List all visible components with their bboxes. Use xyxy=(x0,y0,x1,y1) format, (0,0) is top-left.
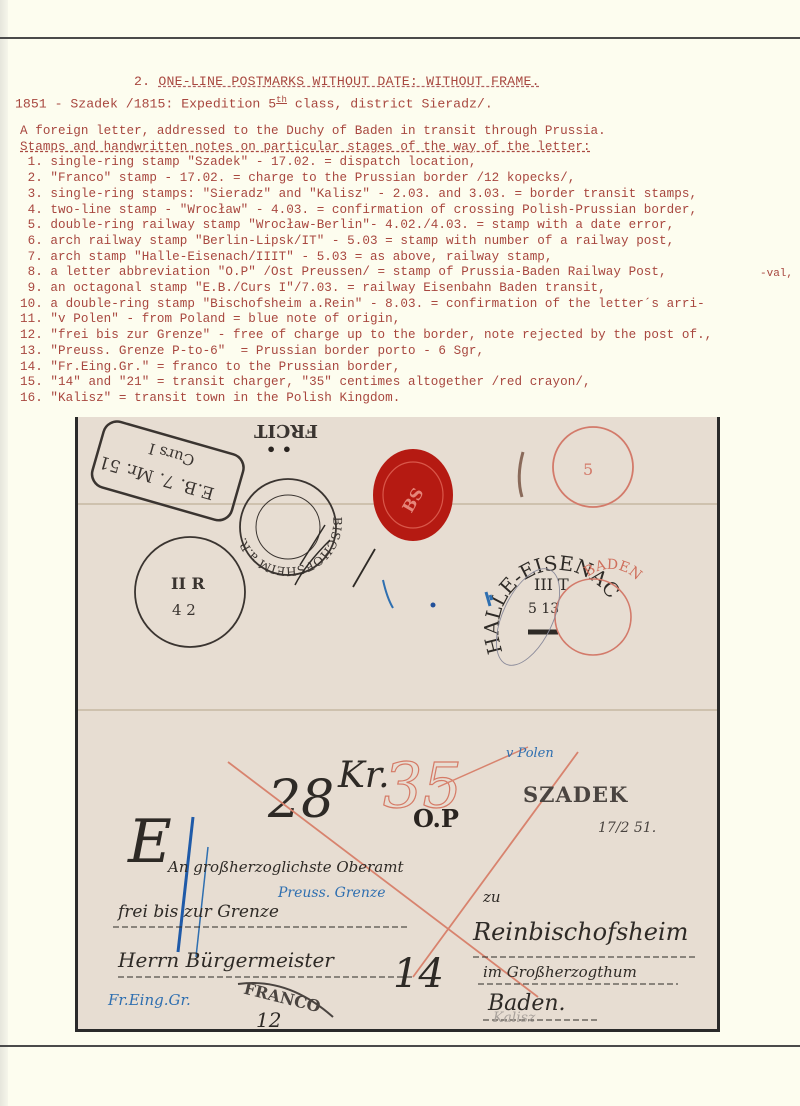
list-item: 2. "Franco" stamp - 17.02. = charge to t… xyxy=(20,171,712,187)
list-item: 6. arch railway stamp "Berlin-Lipsk/IT" … xyxy=(20,234,712,250)
page-subtitle: 1851 - Szadek /1815: Expedition 5th clas… xyxy=(15,95,493,111)
svg-text:II R: II R xyxy=(171,574,206,593)
page-edge xyxy=(0,0,8,1106)
svg-text:5: 5 xyxy=(583,460,593,479)
stamp-berlin-lipsk: FRCIT xyxy=(254,420,318,441)
note-preuss-grenze: Preuss. Grenze xyxy=(277,885,386,901)
note-14: 14 xyxy=(393,951,444,997)
svg-text:BISCHOFSHEIM a.R.: BISCHOFSHEIM a.R. xyxy=(235,517,344,579)
svg-text:• •: • • xyxy=(266,440,292,459)
list-item: 1. single-ring stamp "Szadek" - 17.02. =… xyxy=(20,155,712,171)
address-line: An großherzoglichste Oberamt xyxy=(166,858,404,876)
stamp-szadek: SZADEK xyxy=(523,782,628,807)
title-text: ONE-LINE POSTMARKS WITHOUT DATE: WITHOUT… xyxy=(158,74,539,89)
list-item: 12. "frei bis zur Grenze" - free of char… xyxy=(20,328,712,344)
stages-heading: Stamps and handwritten notes on particul… xyxy=(20,140,712,156)
list-item: 16. "Kalisz" = transit town in the Polis… xyxy=(20,391,712,407)
intro-line: A foreign letter, addressed to the Duchy… xyxy=(20,124,712,140)
list-item: 13. "Preuss. Grenze P-to-6" = Prussian b… xyxy=(20,344,712,360)
list-item: 7. arch stamp "Halle-Eisenach/IIIT" - 5.… xyxy=(20,250,712,266)
stamp-bischofsheim: BISCHOFSHEIM a.R. xyxy=(235,479,344,578)
subtitle-prefix: 1851 - Szadek /1815: Expedition 5 xyxy=(15,96,276,111)
svg-text:Kr.: Kr. xyxy=(337,755,390,796)
stamp-op: O.P xyxy=(413,804,459,833)
svg-text:FRANCO: FRANCO xyxy=(242,979,323,1016)
wax-seal: BS xyxy=(373,449,453,541)
svg-text:E: E xyxy=(127,807,172,877)
address-line: Reinbischofsheim xyxy=(472,918,688,946)
page-title: 2. ONE-LINE POSTMARKS WITHOUT DATE: WITH… xyxy=(134,74,540,89)
svg-text:12: 12 xyxy=(256,1008,281,1032)
title-number: 2. xyxy=(134,74,150,89)
letter-cover-image: E.B. 7. Mr. 51 Curs I FRCIT • • BISCHOFS… xyxy=(75,417,720,1032)
top-divider xyxy=(0,37,800,39)
list-item: 9. an octagonal stamp "E.B./Curs I"/7.03… xyxy=(20,281,712,297)
note-herrn: Herrn Bürgermeister xyxy=(117,948,335,972)
item10-continuation: -val, xyxy=(760,268,793,280)
letter-artwork: E.B. 7. Mr. 51 Curs I FRCIT • • BISCHOFS… xyxy=(78,417,720,1032)
stamp-szadek-date: 17/2 51. xyxy=(598,820,656,836)
stamp-red-circle: 5 xyxy=(553,427,633,507)
stamp-eb-octagonal: E.B. 7. Mr. 51 Curs I xyxy=(89,418,247,523)
list-item: 4. two-line stamp - "Wrocław" - 4.03. = … xyxy=(20,203,712,219)
list-item: 3. single-ring stamps: "Sieradz" and "Ka… xyxy=(20,187,712,203)
svg-text:4 2: 4 2 xyxy=(172,601,196,619)
subtitle-suffix: class, district Sieradz/. xyxy=(287,96,493,111)
bottom-divider xyxy=(0,1045,800,1047)
stamp-round-date: II R 4 2 xyxy=(135,537,245,647)
svg-text:III T: III T xyxy=(534,575,569,594)
stamp-franco: FRANCO 12 xyxy=(238,979,333,1032)
note-frei: frei bis zur Grenze xyxy=(116,902,279,922)
address-line: im Großherzogthum xyxy=(483,963,637,981)
note-v-polen: v Polen xyxy=(506,746,554,761)
svg-text:Curs I: Curs I xyxy=(147,439,197,469)
note-kalisz: Kalisz xyxy=(492,1010,536,1026)
list-item: 8. a letter abbreviation "O.P" /Ost Preu… xyxy=(20,265,712,281)
note-fr-eing: Fr.Eing.Gr. xyxy=(107,991,191,1009)
list-item: 10. a double-ring stamp "Bischofsheim a.… xyxy=(20,297,712,313)
list-item: 5. double-ring railway stamp "Wrocław-Be… xyxy=(20,218,712,234)
list-item: 14. "Fr.Eing.Gr." = franco to the Prussi… xyxy=(20,360,712,376)
list-item: 15. "14" and "21" = transit charger, "35… xyxy=(20,375,712,391)
subtitle-ordinal: th xyxy=(276,95,287,105)
description-block: A foreign letter, addressed to the Duchy… xyxy=(20,124,712,407)
address-line: zu xyxy=(482,888,501,906)
list-item: 11. "v Polen" - from Poland = blue note … xyxy=(20,312,712,328)
